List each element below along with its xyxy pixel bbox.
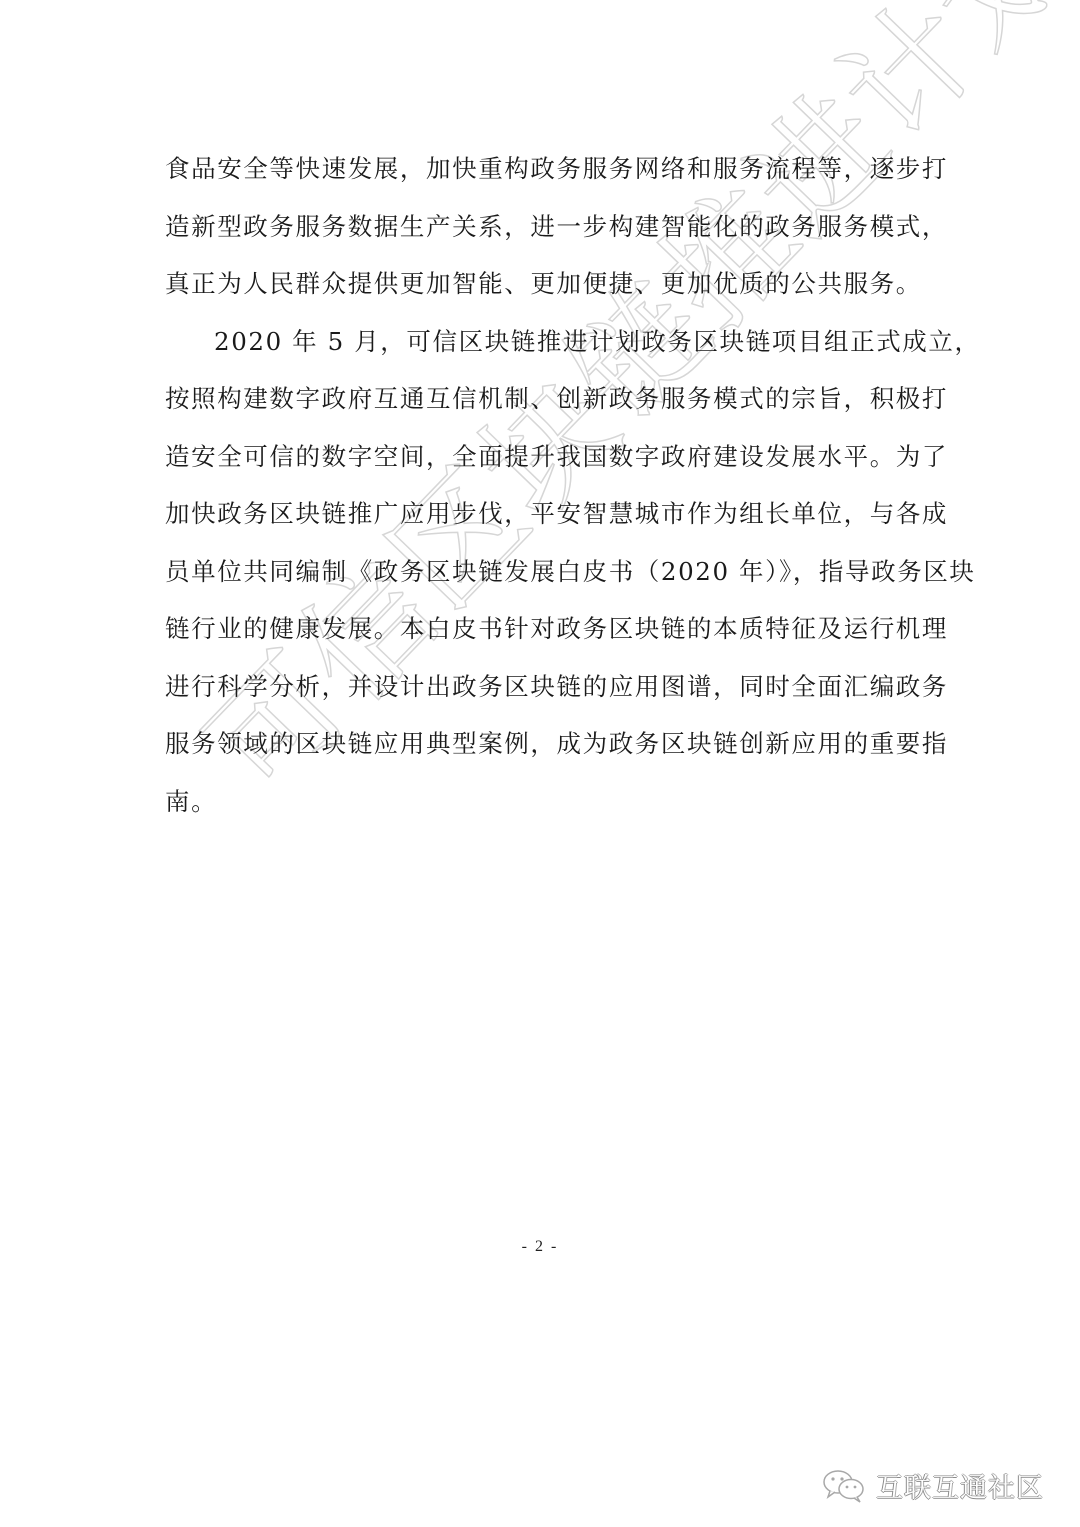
document-page: 可信区块链推进计划 食品安全等快速发展，加快重构政务服务网络和服务流程等，逐步打… xyxy=(0,0,1080,1527)
footer-brand: 互联互通社区 xyxy=(822,1466,1044,1505)
text-line: 南。 xyxy=(165,773,917,831)
text-line: 服务领域的区块链应用典型案例，成为政务区块链创新应用的重要指 xyxy=(165,715,917,773)
text-line: 真正为人民群众提供更加智能、更加便捷、更加优质的公共服务。 xyxy=(165,255,917,313)
text-line: 按照构建数字政府互通互信机制、创新政务服务模式的宗旨，积极打 xyxy=(165,370,917,428)
text-line: 2020 年 5 月，可信区块链推进计划政务区块链项目组正式成立， xyxy=(165,313,917,371)
wechat-icon xyxy=(822,1469,866,1503)
text-line: 造安全可信的数字空间，全面提升我国数字政府建设发展水平。为了 xyxy=(165,428,917,486)
body-text: 食品安全等快速发展，加快重构政务服务网络和服务流程等，逐步打 造新型政务服务数据… xyxy=(165,140,917,830)
brand-name: 互联互通社区 xyxy=(876,1466,1044,1505)
text-line: 进行科学分析，并设计出政务区块链的应用图谱，同时全面汇编政务 xyxy=(165,658,917,716)
page-number: - 2 - xyxy=(0,1238,1080,1256)
text-line: 员单位共同编制《政务区块链发展白皮书（2020 年）》，指导政务区块 xyxy=(165,543,917,601)
text-line: 食品安全等快速发展，加快重构政务服务网络和服务流程等，逐步打 xyxy=(165,140,917,198)
text-line: 造新型政务服务数据生产关系，进一步构建智能化的政务服务模式， xyxy=(165,198,917,256)
text-line: 加快政务区块链推广应用步伐，平安智慧城市作为组长单位，与各成 xyxy=(165,485,917,543)
paragraph-1: 食品安全等快速发展，加快重构政务服务网络和服务流程等，逐步打 造新型政务服务数据… xyxy=(165,140,917,313)
text-line: 链行业的健康发展。本白皮书针对政务区块链的本质特征及运行机理 xyxy=(165,600,917,658)
paragraph-2: 2020 年 5 月，可信区块链推进计划政务区块链项目组正式成立， 按照构建数字… xyxy=(165,313,917,831)
